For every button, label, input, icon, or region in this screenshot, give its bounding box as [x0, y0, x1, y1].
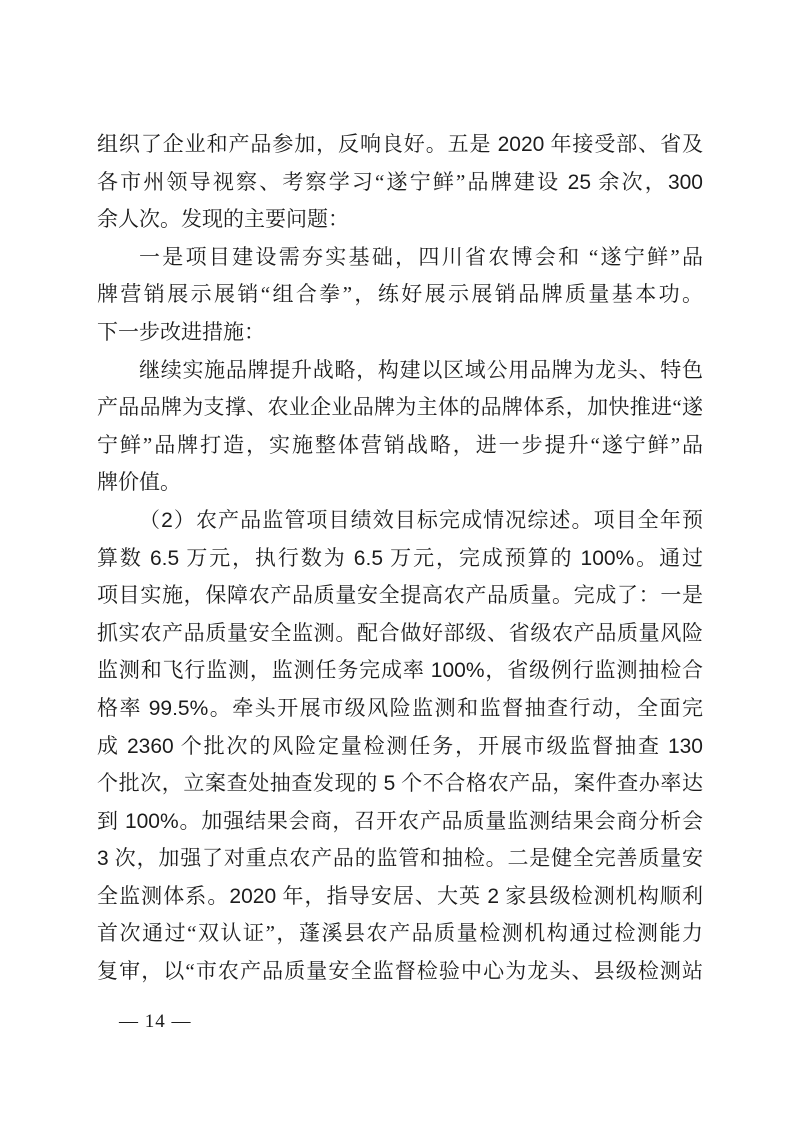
page-number: — 14 —	[119, 1011, 192, 1032]
document-page: 组织了企业和产品参加，反响良好。五是 2020 年接受部、省及 各市州领导视察、…	[0, 0, 793, 1122]
text-line: （2）农产品监管项目绩效目标完成情况综述。项目全年预	[97, 502, 703, 540]
page-footer: — 14 —	[119, 1008, 192, 1036]
text-line: 首次通过“双认证”，蓬溪县农产品质量检测机构通过检测能力	[97, 915, 703, 953]
text-line: 全监测体系。2020 年，指导安居、大英 2 家县级检测机构顺利	[97, 878, 703, 916]
text-line: 监测和飞行监测，监测任务完成率 100%，省级例行监测抽检合	[97, 652, 703, 690]
text-line: 3 次，加强了对重点农产品的监管和抽检。二是健全完善质量安	[97, 840, 703, 878]
text-line: 产品品牌为支撑、农业企业品牌为主体的品牌体系，加快推进“遂	[97, 389, 703, 427]
text-line: 复审，以“市农产品质量安全监督检验中心为龙头、县级检测站	[97, 953, 703, 991]
text-line: 牌价值。	[97, 464, 703, 502]
text-line: 宁鲜”品牌打造，实施整体营销战略，进一步提升“遂宁鲜”品	[97, 427, 703, 465]
text-line: 项目实施，保障农产品质量安全提高农产品质量。完成了：一是	[97, 577, 703, 615]
text-line: 抓实农产品质量安全监测。配合做好部级、省级农产品质量风险	[97, 615, 703, 653]
text-line: 余人次。发现的主要问题：	[97, 201, 703, 239]
text-line: 下一步改进措施：	[97, 314, 703, 352]
text-line: 到 100%。加强结果会商，召开农产品质量监测结果会商分析会	[97, 803, 703, 841]
text-line: 一是项目建设需夯实基础，四川省农博会和 “遂宁鲜”品	[97, 239, 703, 277]
text-line: 格率 99.5%。牵头开展市级风险监测和监督抽查行动，全面完	[97, 690, 703, 728]
text-line: 组织了企业和产品参加，反响良好。五是 2020 年接受部、省及	[97, 126, 703, 164]
document-body: 组织了企业和产品参加，反响良好。五是 2020 年接受部、省及 各市州领导视察、…	[97, 126, 703, 991]
text-line: 各市州领导视察、考察学习“遂宁鲜”品牌建设 25 余次，300	[97, 164, 703, 202]
text-line: 成 2360 个批次的风险定量检测任务，开展市级监督抽查 130	[97, 728, 703, 766]
text-line: 牌营销展示展销“组合拳”，练好展示展销品牌质量基本功。	[97, 276, 703, 314]
text-line: 个批次，立案查处抽查发现的 5 个不合格农产品，案件查办率达	[97, 765, 703, 803]
text-line: 继续实施品牌提升战略，构建以区域公用品牌为龙头、特色	[97, 352, 703, 390]
text-line: 算数 6.5 万元，执行数为 6.5 万元，完成预算的 100%。通过	[97, 540, 703, 578]
